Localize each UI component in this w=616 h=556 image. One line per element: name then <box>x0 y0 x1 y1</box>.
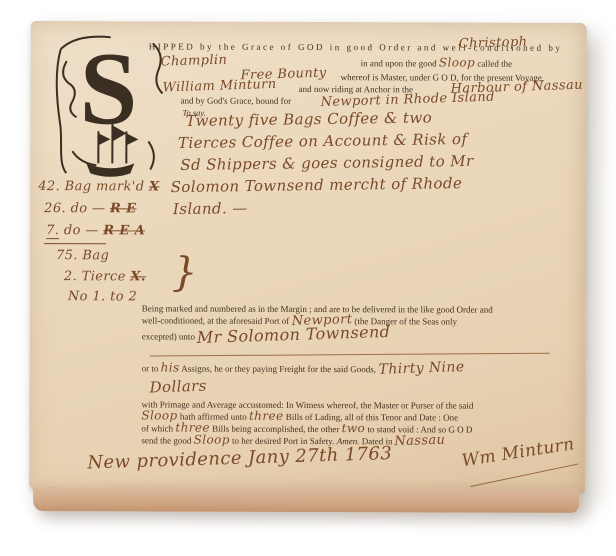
printed-text: called the <box>477 59 512 69</box>
cargo-line: Island. — <box>171 194 475 220</box>
printed-text: of which <box>141 423 173 433</box>
assignee-handwritten: his <box>161 363 180 372</box>
opening-line-5: and by God's Grace, bound for <box>181 96 292 106</box>
dated-place-handwritten: Nassau <box>395 436 446 447</box>
vessel-type-handwritten: Sloop <box>439 58 475 67</box>
margin-row-bags-42: 42. Bag mark'd X <box>38 179 159 194</box>
margin-row-bags-7: 7. do — R E A <box>46 223 145 238</box>
printed-text: send the good <box>141 435 191 445</box>
label: do — <box>71 201 106 216</box>
margin-package-numbers: No 1. to 2 <box>68 289 137 304</box>
cargo-line: Solomon Townsend mercht of Rhode <box>170 172 474 198</box>
woodcut-initial-ship-icon: S <box>52 31 167 181</box>
master-name-handwritten: William Minturn <box>162 77 276 96</box>
label: Tierce <box>82 269 126 284</box>
printed-text: Bills being accomplished, the other <box>212 424 339 434</box>
witness-clause-line-4: send the good Sloop to her desired Port … <box>141 435 445 446</box>
pen-flourish <box>150 353 550 357</box>
margin-row-bags-26: 26. do — R E <box>44 201 136 216</box>
quantity: 42. <box>38 179 60 194</box>
tally-sum-rule <box>44 243 106 244</box>
printed-text: Assigns, he or they paying Freight for t… <box>181 364 376 375</box>
printed-text: in and upon the good <box>361 58 437 68</box>
witness-clause-line-1: with Primage and Average accustomed: In … <box>141 399 473 410</box>
margin-row-tierces: 2. Tierce X. <box>64 269 146 284</box>
quantity: 2. <box>64 269 77 284</box>
dateline-handwritten: New providence Jany 27th 1763 <box>87 443 392 474</box>
printed-text: well-conditioned, at the aforesaid Port … <box>142 315 290 326</box>
cargo-description-block: Twenty five Bags Coffee & two Tierces Co… <box>170 106 475 220</box>
document-paper: S HIPPED by the Grace of GOD in good Ord… <box>29 21 587 493</box>
freight-currency-handwritten: Dollars <box>149 377 207 397</box>
printed-text: excepted) unto <box>142 331 195 341</box>
merchant-mark-icon: R E A <box>103 223 145 238</box>
void-count-handwritten: two <box>342 424 366 433</box>
bill-count-handwritten: three <box>249 412 284 421</box>
margin-brace: } <box>172 250 198 296</box>
vessel-type-handwritten: Sloop <box>194 436 230 445</box>
drop-cap-block: S <box>52 31 167 181</box>
initial-letter: S <box>79 31 137 146</box>
quantity: 26. <box>44 201 66 216</box>
printed-text: and by God's Grace, bound for <box>181 96 292 106</box>
margin-total-bags: 75. Bag <box>56 248 109 263</box>
freight-amount-handwritten: Thirty Nine <box>378 363 464 375</box>
quantity: 7. <box>46 223 59 239</box>
label: do — <box>64 223 99 238</box>
consignee-name-handwritten: Mr Solomon Townsend <box>197 327 391 342</box>
freight-clause-line: or to his Assigns, he or they paying Fre… <box>142 363 465 374</box>
shipper-first-name-handwritten: Christoph <box>459 35 528 52</box>
merchant-mark-icon: X. <box>130 269 145 284</box>
label: Bag mark'd <box>65 179 145 194</box>
opening-line-2: in and upon the good Sloop called the <box>361 58 512 69</box>
bill-count-handwritten: three <box>175 424 210 433</box>
delivery-clause-line-3: excepted) unto Mr Solomon Townsend <box>142 329 391 342</box>
merchant-mark-icon: R E <box>110 201 137 216</box>
printed-text: Bills of Lading, all of this Tenor and D… <box>286 412 458 423</box>
vessel-type-handwritten: Sloop <box>141 411 177 420</box>
shipper-surname-handwritten: Champlin <box>160 53 227 70</box>
scan-background: S HIPPED by the Grace of GOD in good Ord… <box>0 0 616 556</box>
merchant-mark-icon: X <box>149 179 160 194</box>
paper-bottom-edge <box>33 487 579 513</box>
printed-text: or to <box>142 363 159 373</box>
master-signature: Wm Minturn <box>460 434 575 471</box>
